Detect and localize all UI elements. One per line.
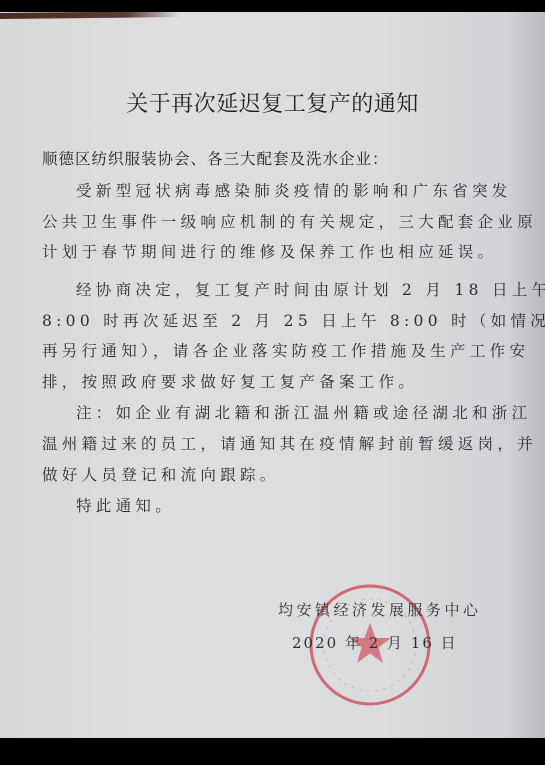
issue-date: 2020 年 2 月 16 日 [292, 632, 458, 653]
page-shadow-edge [0, 12, 180, 19]
salutation: 顺德区纺织服装协会、各三大配套及洗水企业： [42, 147, 502, 169]
paragraph-line: 公共卫生事件一级响应机制的有关规定，三大配套企业原 [42, 210, 502, 232]
paragraph-line: 经协商决定，复工复产时间由原计划 2 月 18 日上午 [76, 278, 536, 300]
paragraph-line: 温州籍过来的员工，请通知其在疫情解封前暂缓返岗，并 [42, 432, 502, 454]
closing-line: 特此通知。 [76, 494, 536, 516]
document-title: 关于再次延迟复工复产的通知 [0, 87, 545, 118]
paragraph-line: 计划于春节期间进行的维修及保养工作也相应延误。 [42, 240, 502, 262]
paragraph-line: 再另行通知），请各企业落实防疫工作措施及生产工作安 [42, 339, 502, 361]
paragraph-line: 8:00 时再次延迟至 2 月 25 日上午 8:00 时（如情况有变 [42, 309, 502, 331]
paragraph-line: 排，按照政府要求做好复工复产备案工作。 [42, 370, 502, 392]
paragraph-line: 做好人员登记和流向跟踪。 [42, 463, 502, 485]
paragraph-line: 受新型冠状病毒感染肺炎疫情的影响和广东省突发 [76, 179, 536, 201]
issuer-signature: 均安镇经济发展服务中心 [278, 599, 482, 620]
paragraph-line: 注：如企业有湖北籍和浙江温州籍或途径湖北和浙江 [76, 401, 536, 423]
document-page: 关于再次延迟复工复产的通知 顺德区纺织服装协会、各三大配套及洗水企业： 受新型冠… [0, 12, 545, 738]
